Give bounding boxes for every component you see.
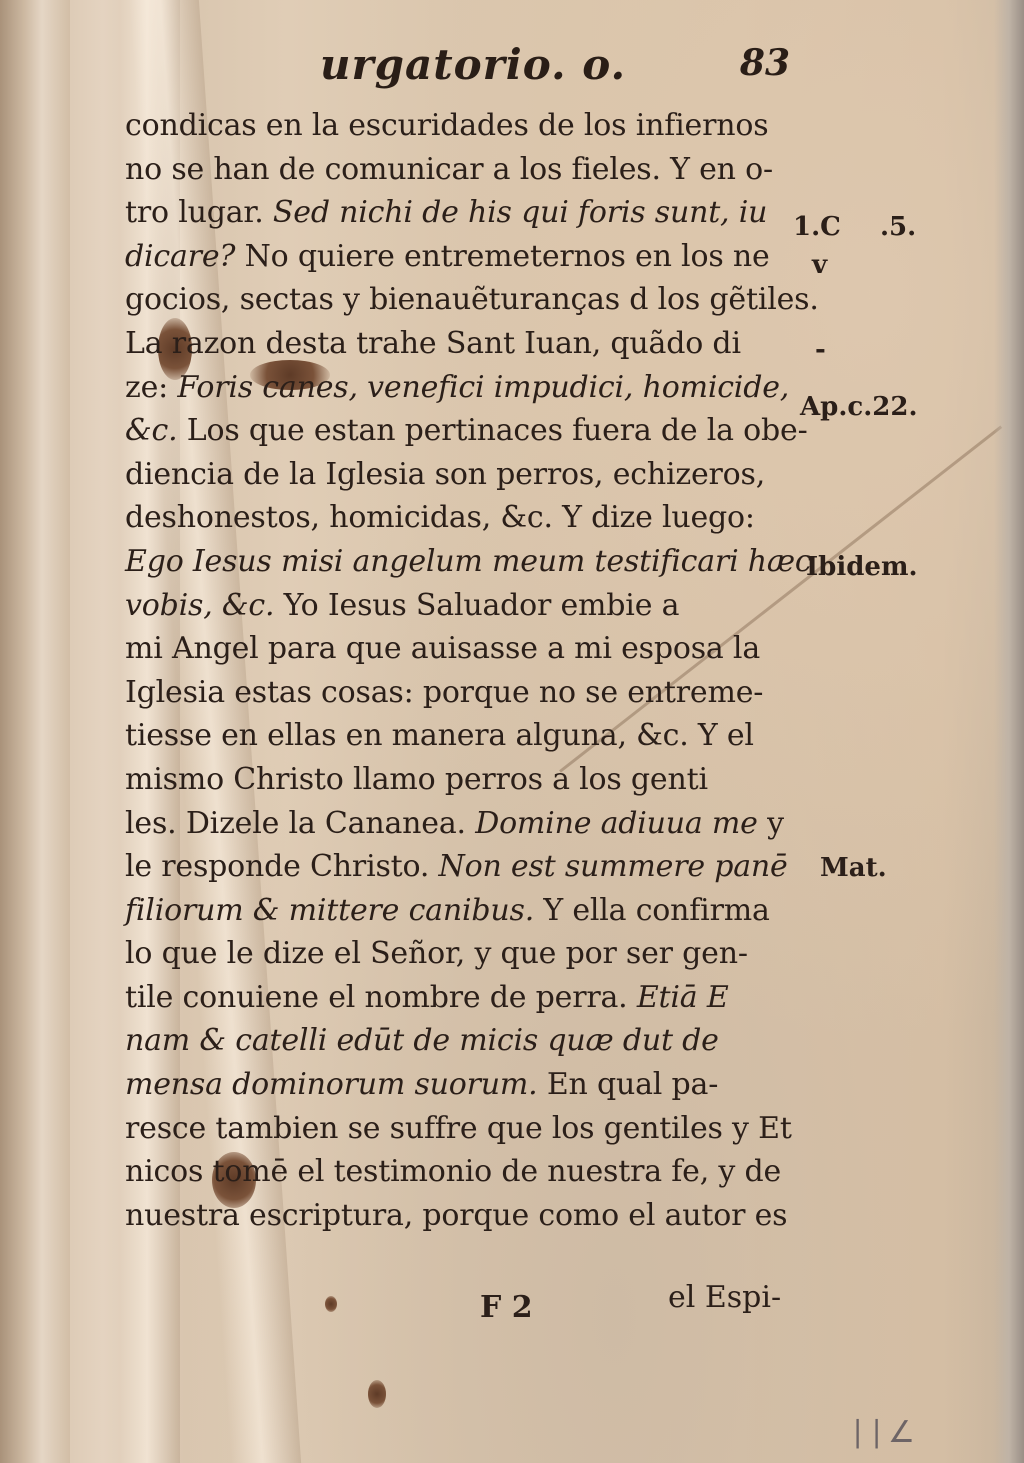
latin-quotation: mensa dominorum suorum. — [125, 1067, 538, 1102]
text-line: tro lugar. Sed nichi de his qui foris su… — [125, 191, 815, 235]
text-line: tile conuiene el nombre de perra. Etiā … — [125, 976, 815, 1020]
ink-spot — [325, 1296, 337, 1312]
running-title: urgatorio. o. — [320, 40, 626, 89]
book-spine — [0, 0, 70, 1463]
spanish-text: condicas en la escuridades de los infier… — [125, 108, 768, 143]
text-line: tiesse en ellas en manera alguna, &c. Y … — [125, 714, 815, 758]
margin-note: Ibidem. — [806, 552, 918, 582]
spanish-text: les. Dizele la Cananea. — [125, 806, 475, 841]
margin-note: v — [812, 250, 827, 280]
text-line: deshonestos, homicidas, &c. Y dize luego… — [125, 496, 815, 540]
margin-note: 1.C — [793, 212, 841, 242]
spanish-text: nuestra escriptura, porque como el autor… — [125, 1198, 787, 1233]
margin-note: Mat. — [820, 853, 887, 883]
spanish-text: tro lugar. — [125, 195, 273, 230]
spanish-text: No quiere entremeternos en los ne — [235, 239, 769, 274]
spanish-text: tile conuiene el nombre de perra. — [125, 980, 637, 1015]
spanish-text: En qual pa- — [538, 1067, 719, 1102]
pencil-annotation: ∣∣∠ — [850, 1415, 919, 1450]
spanish-text: ze: — [125, 370, 177, 405]
text-line: no se han de comunicar a los fieles. Y e… — [125, 148, 815, 192]
latin-quotation: Etiā E — [637, 980, 729, 1015]
text-line: Iglesia estas cosas: porque no se entrem… — [125, 671, 815, 715]
spanish-text: resce tambien se suffre que los gentiles… — [125, 1111, 792, 1146]
spanish-text: Los que estan pertinaces fuera de la obe… — [177, 413, 807, 448]
text-line: mi Angel para que auisasse a mi esposa l… — [125, 627, 815, 671]
text-line: resce tambien se suffre que los gentiles… — [125, 1107, 815, 1151]
latin-quotation: Foris canes, venefici impudici, homicide… — [177, 370, 789, 405]
latin-quotation: dicare? — [125, 239, 235, 274]
text-line: lo que le dize el Señor, y que por ser g… — [125, 932, 815, 976]
ink-spot — [368, 1380, 386, 1408]
text-line: nicos tomē el testimonio de nuestra fe,… — [125, 1150, 815, 1194]
text-line: diencia de la Iglesia son perros, echize… — [125, 453, 815, 497]
spanish-text: tiesse en ellas en manera alguna, &c. Y … — [125, 718, 754, 753]
spanish-text: Iglesia estas cosas: porque no se entrem… — [125, 675, 763, 710]
spanish-text: le responde Christo. — [125, 849, 439, 884]
text-line: &c. Los que estan pertinaces fuera de la… — [125, 409, 815, 453]
spanish-text: deshonestos, homicidas, &c. Y dize luego… — [125, 500, 755, 535]
latin-quotation: vobis, &c. — [125, 588, 274, 623]
book-page: urgatorio. o. 83 condicas en la escurida… — [0, 0, 1024, 1463]
spanish-text: La razon desta trahe Sant Iuan, quãdo d… — [125, 326, 741, 361]
spanish-text: y — [758, 806, 784, 841]
text-line: le responde Christo. Non est summere pan… — [125, 845, 815, 889]
body-text: condicas en la escuridades de los infier… — [125, 104, 815, 1237]
text-line: ze: Foris canes, venefici impudici, homi… — [125, 366, 815, 410]
torn-page-edge — [994, 0, 1024, 1463]
latin-quotation: Ego Iesus misi angelum meum testificari … — [125, 544, 812, 579]
latin-quotation: Non est summere panē — [439, 849, 788, 884]
latin-quotation: &c. — [125, 413, 177, 448]
latin-quotation: Domine adiuua me — [475, 806, 758, 841]
spanish-text: no se han de comunicar a los fieles. Y e… — [125, 152, 773, 187]
margin-note: Ap.c.22. — [800, 392, 918, 422]
text-line: mensa dominorum suorum. En qual pa- — [125, 1063, 815, 1107]
latin-quotation: dut de — [623, 1023, 719, 1058]
signature-mark: F 2 — [480, 1290, 533, 1325]
spanish-text: lo que le dize el Señor, y que por ser g… — [125, 936, 748, 971]
text-line: dicare? No quiere entremeternos en los n… — [125, 235, 815, 279]
catchword: el Espi- — [668, 1280, 781, 1315]
spanish-text — [614, 1023, 623, 1058]
margin-note: - — [815, 335, 826, 365]
text-line: filiorum & mittere canibus. Y ella confi… — [125, 889, 815, 933]
spanish-text: mismo Christo llamo perros a los genti — [125, 762, 708, 797]
spanish-text: nicos tomē el testimonio de nuestra fe,… — [125, 1154, 781, 1189]
text-line: gocios, sectas y bienauẽturanças d los … — [125, 278, 815, 322]
latin-quotation: filiorum & mittere canibus. — [125, 893, 534, 928]
margin-note: .5. — [880, 212, 916, 242]
text-line: condicas en la escuridades de los infier… — [125, 104, 815, 148]
text-line: La razon desta trahe Sant Iuan, quãdo d… — [125, 322, 815, 366]
text-line: Ego Iesus misi angelum meum testificari … — [125, 540, 815, 584]
page-header: urgatorio. o. 83 — [320, 40, 800, 100]
latin-quotation: nam & catelli edūt de micis quæ — [125, 1023, 614, 1058]
text-line: nuestra escriptura, porque como el autor… — [125, 1194, 815, 1238]
spanish-text: gocios, sectas y bienauẽturanças d los … — [125, 282, 819, 317]
spanish-text: mi Angel para que auisasse a mi esposa l… — [125, 631, 760, 666]
spanish-text: diencia de la Iglesia son perros, echize… — [125, 457, 765, 492]
text-line: mismo Christo llamo perros a los genti — [125, 758, 815, 802]
page-number: 83 — [740, 42, 790, 84]
latin-quotation: Sed nichi de his qui foris sunt, iu — [273, 195, 767, 230]
spanish-text: Y ella confirma — [534, 893, 770, 928]
text-line: vobis, &c. Yo Iesus Saluador embie a — [125, 584, 815, 628]
text-line: nam & catelli edūt de micis quæ dut de — [125, 1019, 815, 1063]
text-line: les. Dizele la Cananea. Domine adiuua me… — [125, 802, 815, 846]
spanish-text: Yo Iesus Saluador embie a — [274, 588, 679, 623]
